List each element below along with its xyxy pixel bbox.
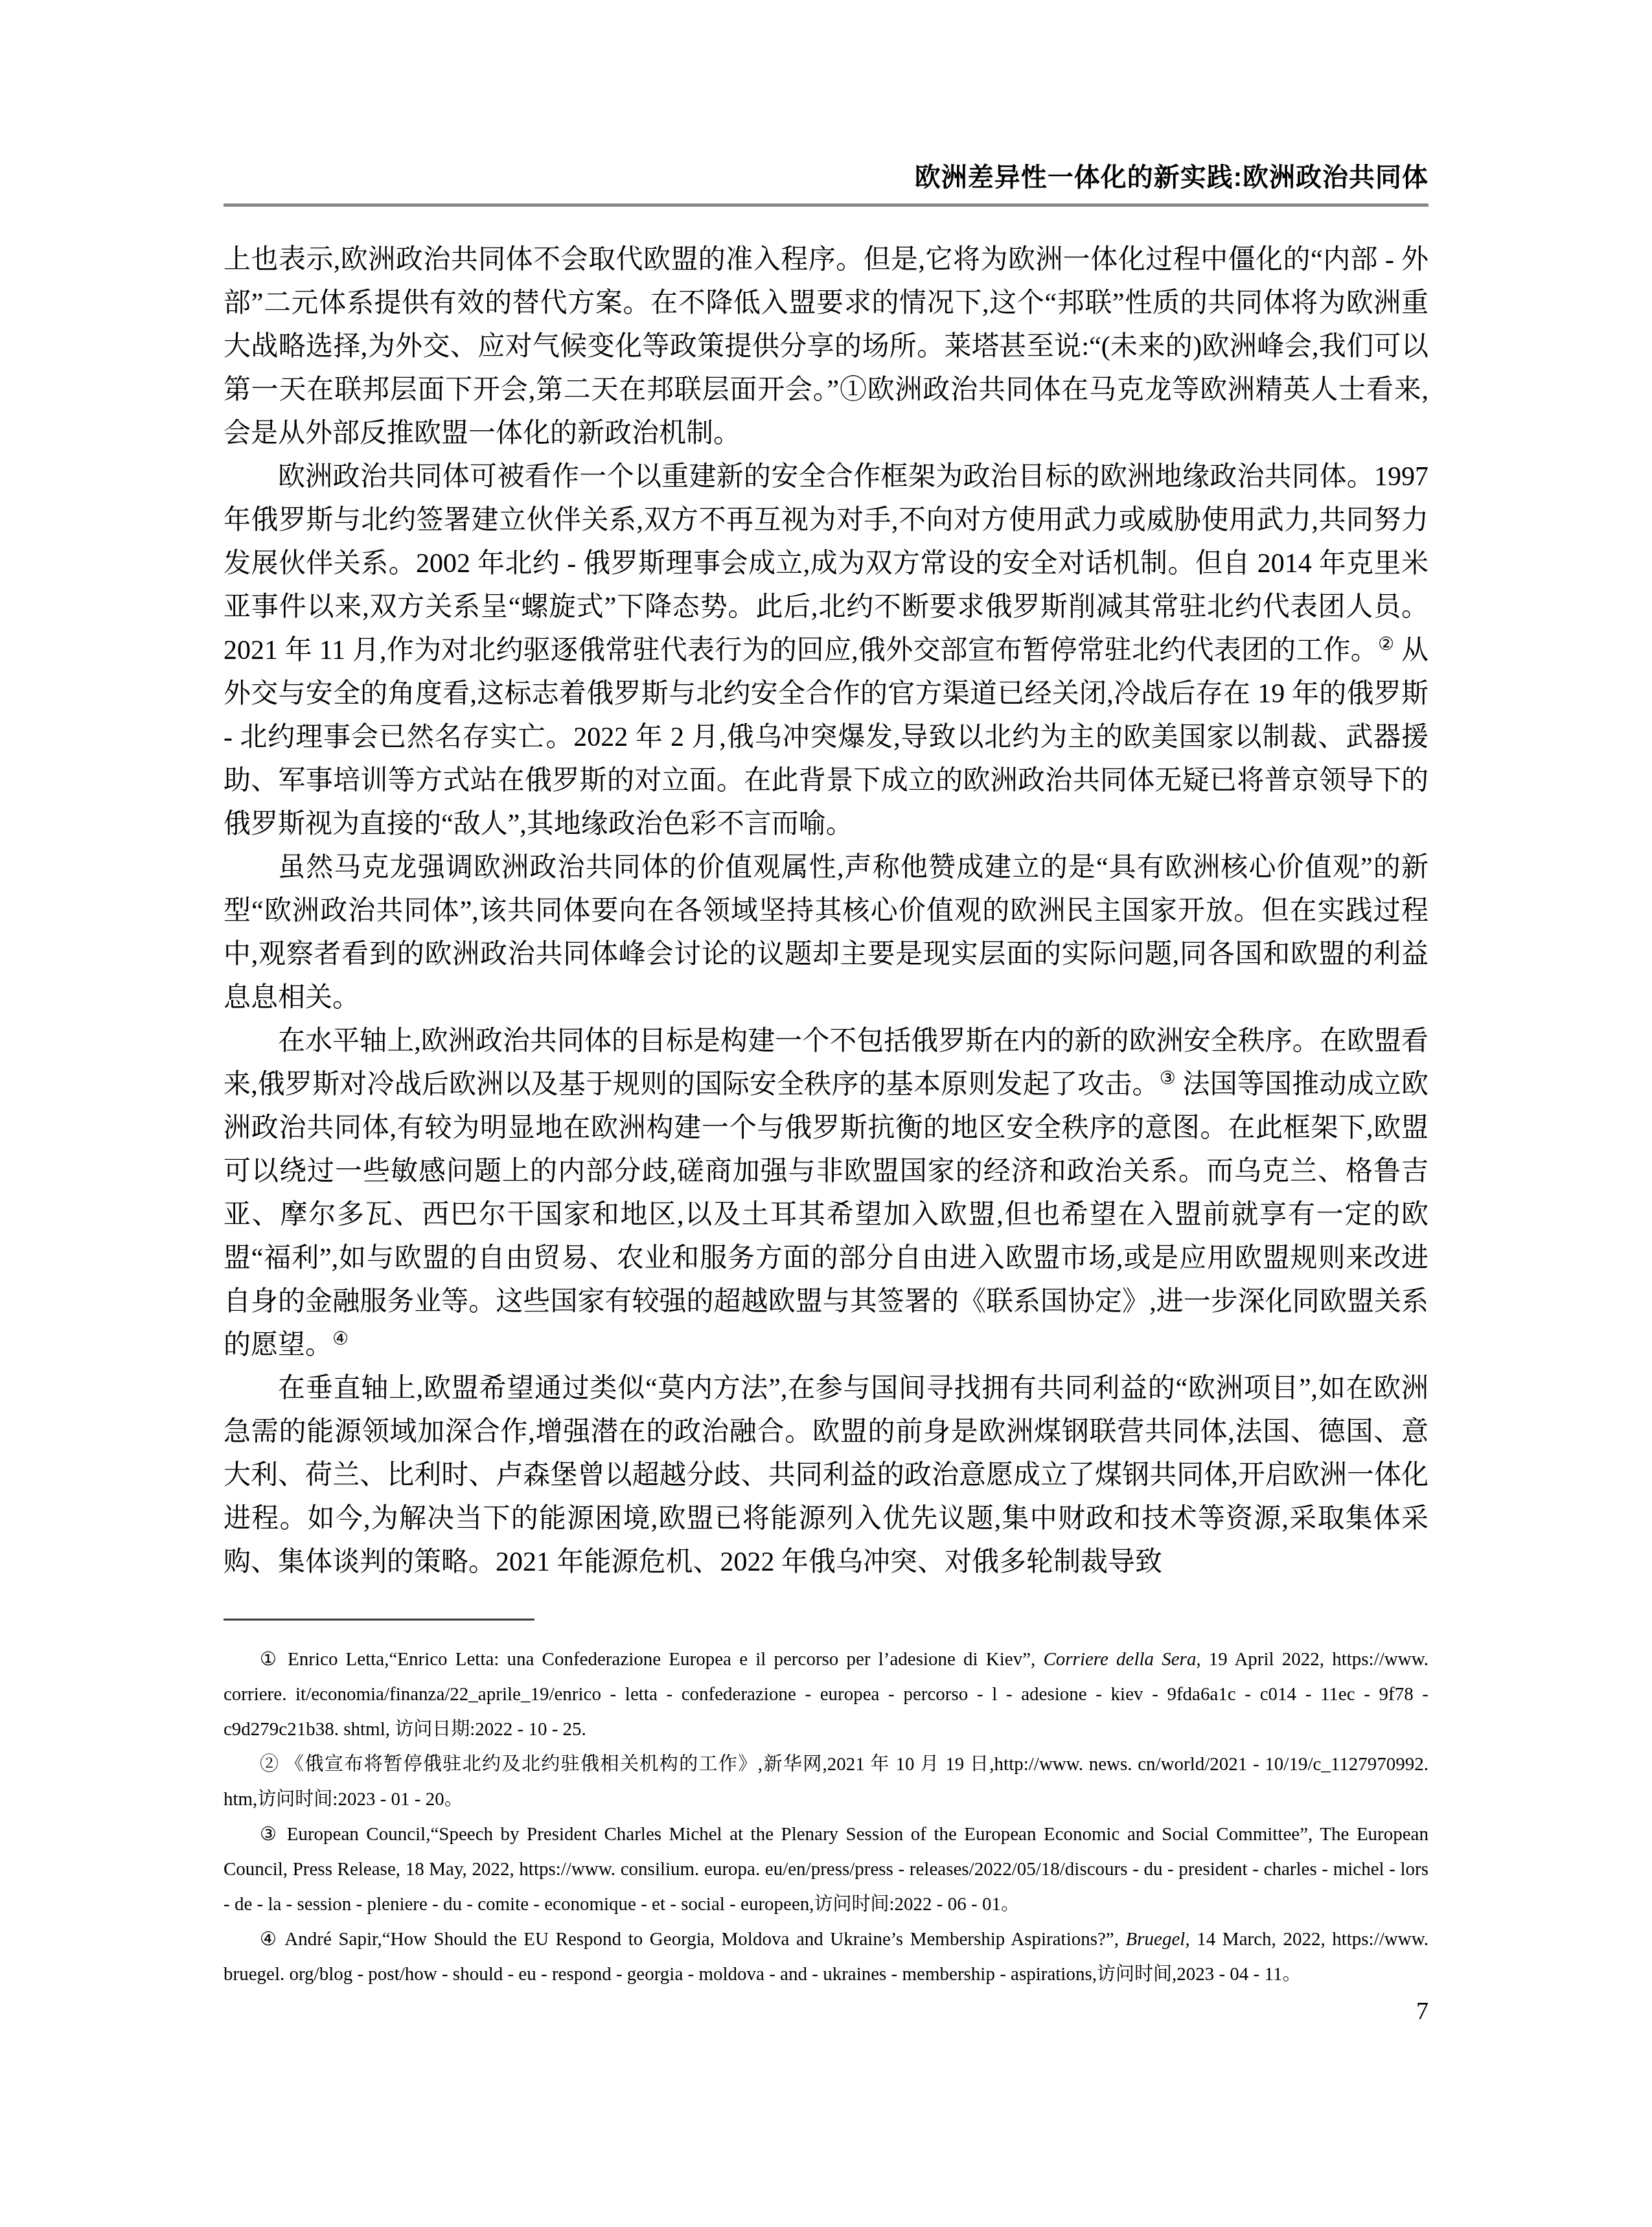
footnote-separator-rule <box>224 1619 534 1621</box>
footnote-entry: ④ André Sapir,“How Should the EU Respond… <box>224 1922 1428 1992</box>
footnotes-block: ① Enrico Letta,“Enrico Letta: una Confed… <box>224 1642 1428 1992</box>
footnote-entry: ② 《俄宣布将暂停俄驻北约及北约驻俄相关机构的工作》,新华网,2021 年 10… <box>224 1747 1428 1817</box>
footnote-entry: ① Enrico Letta,“Enrico Letta: una Confed… <box>224 1642 1428 1747</box>
paragraph-text: 欧洲政治共同体可被看作一个以重建新的安全合作框架为政治目标的欧洲地缘政治共同体。… <box>224 462 1428 665</box>
body-paragraph: 在垂直轴上,欧盟希望通过类似“莫内方法”,在参与国间寻找拥有共同利益的“欧洲项目… <box>224 1367 1428 1584</box>
footnote-text: ① Enrico Letta,“Enrico Letta: una Confed… <box>260 1649 1043 1670</box>
article-body: 上也表示,欧洲政治共同体不会取代欧盟的准入程序。但是,它将为欧洲一体化过程中僵化… <box>224 238 1428 1584</box>
footnote-text: ② 《俄宣布将暂停俄驻北约及北约驻俄相关机构的工作》,新华网,2021 年 10… <box>224 1754 1428 1810</box>
footnote-text: ③ European Council,“Speech by President … <box>224 1824 1428 1915</box>
paragraph-text: 法国等国推动成立欧洲政治共同体,有较为明显地在欧洲构建一个与俄罗斯抗衡的地区安全… <box>224 1070 1428 1360</box>
body-paragraph: 虽然马克龙强调欧洲政治共同体的价值观属性,声称他赞成建立的是“具有欧洲核心价值观… <box>224 846 1428 1020</box>
footnote-marker-2: ② <box>1378 634 1394 654</box>
running-head-title: 欧洲差异性一体化的新实践:欧洲政治共同体 <box>224 162 1428 193</box>
paragraph-text: 从外交与安全的角度看,这标志着俄罗斯与北约安全合作的官方渠道已经关闭,冷战后存在… <box>224 636 1428 839</box>
footnote-journal-name: Bruegel <box>1126 1929 1186 1950</box>
body-paragraph: 上也表示,欧洲政治共同体不会取代欧盟的准入程序。但是,它将为欧洲一体化过程中僵化… <box>224 238 1428 456</box>
footnote-text: ④ André Sapir,“How Should the EU Respond… <box>260 1929 1126 1950</box>
body-paragraph: 在水平轴上,欧洲政治共同体的目标是构建一个不包括俄罗斯在内的新的欧洲安全秩序。在… <box>224 1020 1428 1367</box>
footnote-entry: ③ European Council,“Speech by President … <box>224 1817 1428 1922</box>
footnote-marker-1: ① <box>839 375 867 405</box>
footnote-journal-name: Corriere della Sera <box>1043 1649 1196 1670</box>
journal-page: 欧洲差异性一体化的新实践:欧洲政治共同体 上也表示,欧洲政治共同体不会取代欧盟的… <box>0 0 1652 2227</box>
paragraph-text: 虽然马克龙强调欧洲政治共同体的价值观属性,声称他赞成建立的是“具有欧洲核心价值观… <box>224 853 1428 1013</box>
footnote-marker-3: ③ <box>1160 1068 1176 1089</box>
body-paragraph: 欧洲政治共同体可被看作一个以重建新的安全合作框架为政治目标的欧洲地缘政治共同体。… <box>224 456 1428 846</box>
page-number: 7 <box>224 1997 1428 2025</box>
paragraph-text: 在垂直轴上,欧盟希望通过类似“莫内方法”,在参与国间寻找拥有共同利益的“欧洲项目… <box>224 1374 1428 1577</box>
footnote-marker-4: ④ <box>332 1329 349 1349</box>
header-rule <box>224 203 1428 207</box>
